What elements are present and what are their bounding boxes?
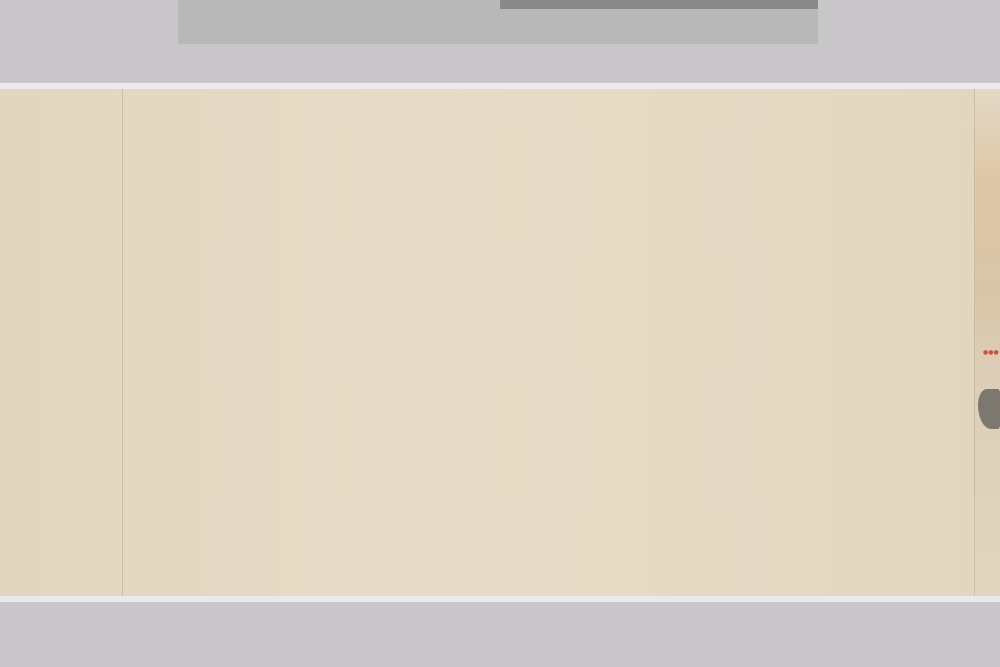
red-berries-painting: ●●● <box>983 349 993 355</box>
grayscale-chart <box>500 0 818 44</box>
painted-scene-fragment <box>975 89 1000 597</box>
grayscale-ruler <box>500 0 818 9</box>
handscroll-paper: ●●● <box>0 89 1000 597</box>
color-calibration-chart <box>178 0 818 44</box>
paper-seam <box>122 89 123 597</box>
scroll-bottom-edge <box>0 596 1000 602</box>
